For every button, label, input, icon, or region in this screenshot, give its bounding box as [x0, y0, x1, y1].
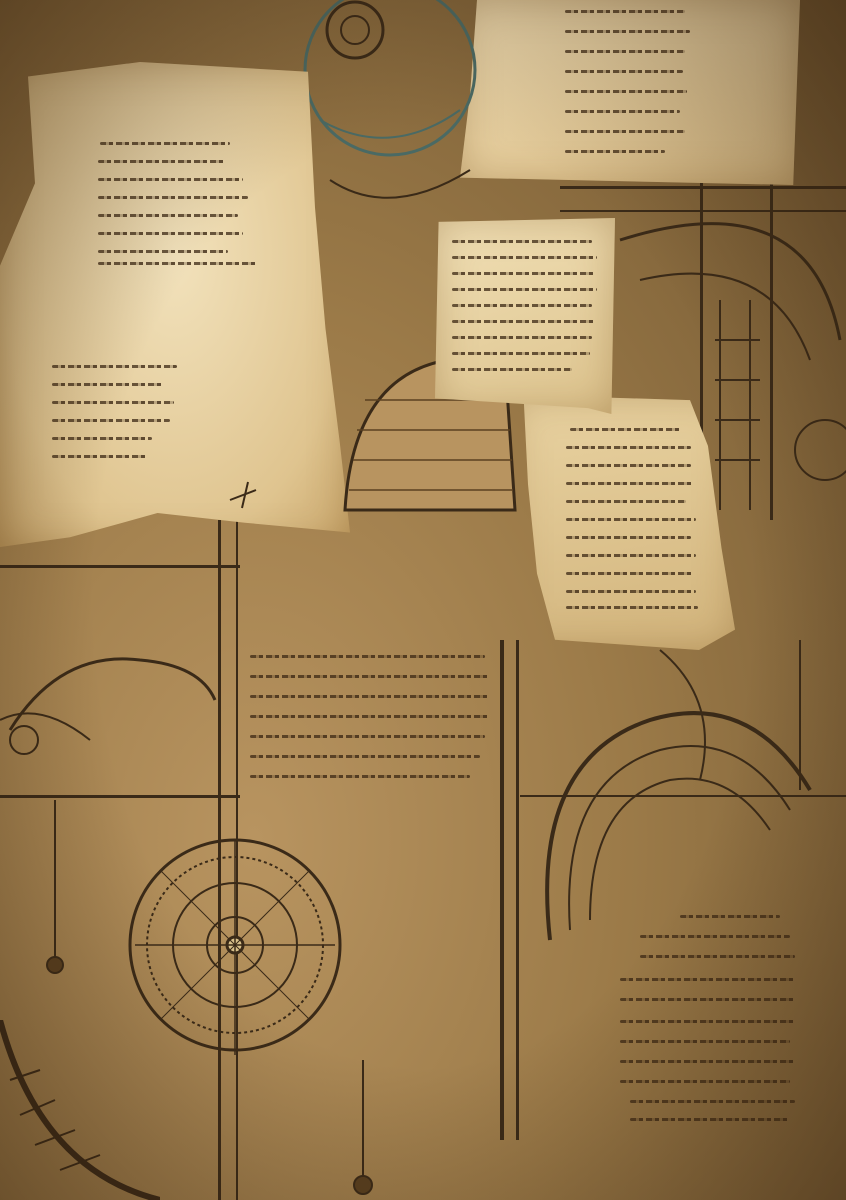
wave-sketch-icon	[0, 610, 220, 790]
frame-line	[560, 210, 846, 212]
frame-line	[560, 186, 846, 189]
frame-line	[0, 795, 240, 798]
tall-note	[510, 395, 735, 650]
spiral-sketch-icon	[520, 640, 846, 960]
gear-sketch-icon	[300, 0, 480, 240]
large-torn-page	[0, 62, 350, 547]
pendulum-icon	[40, 800, 70, 980]
collage-canvas	[0, 0, 846, 1200]
frame-line	[516, 640, 519, 1140]
frame-line	[0, 565, 240, 568]
ribbed-arc-icon	[0, 1020, 160, 1200]
small-note	[435, 218, 615, 414]
pendulum-icon	[348, 1060, 378, 1200]
frame-line	[500, 640, 504, 1140]
cross-mark-icon	[228, 480, 258, 510]
